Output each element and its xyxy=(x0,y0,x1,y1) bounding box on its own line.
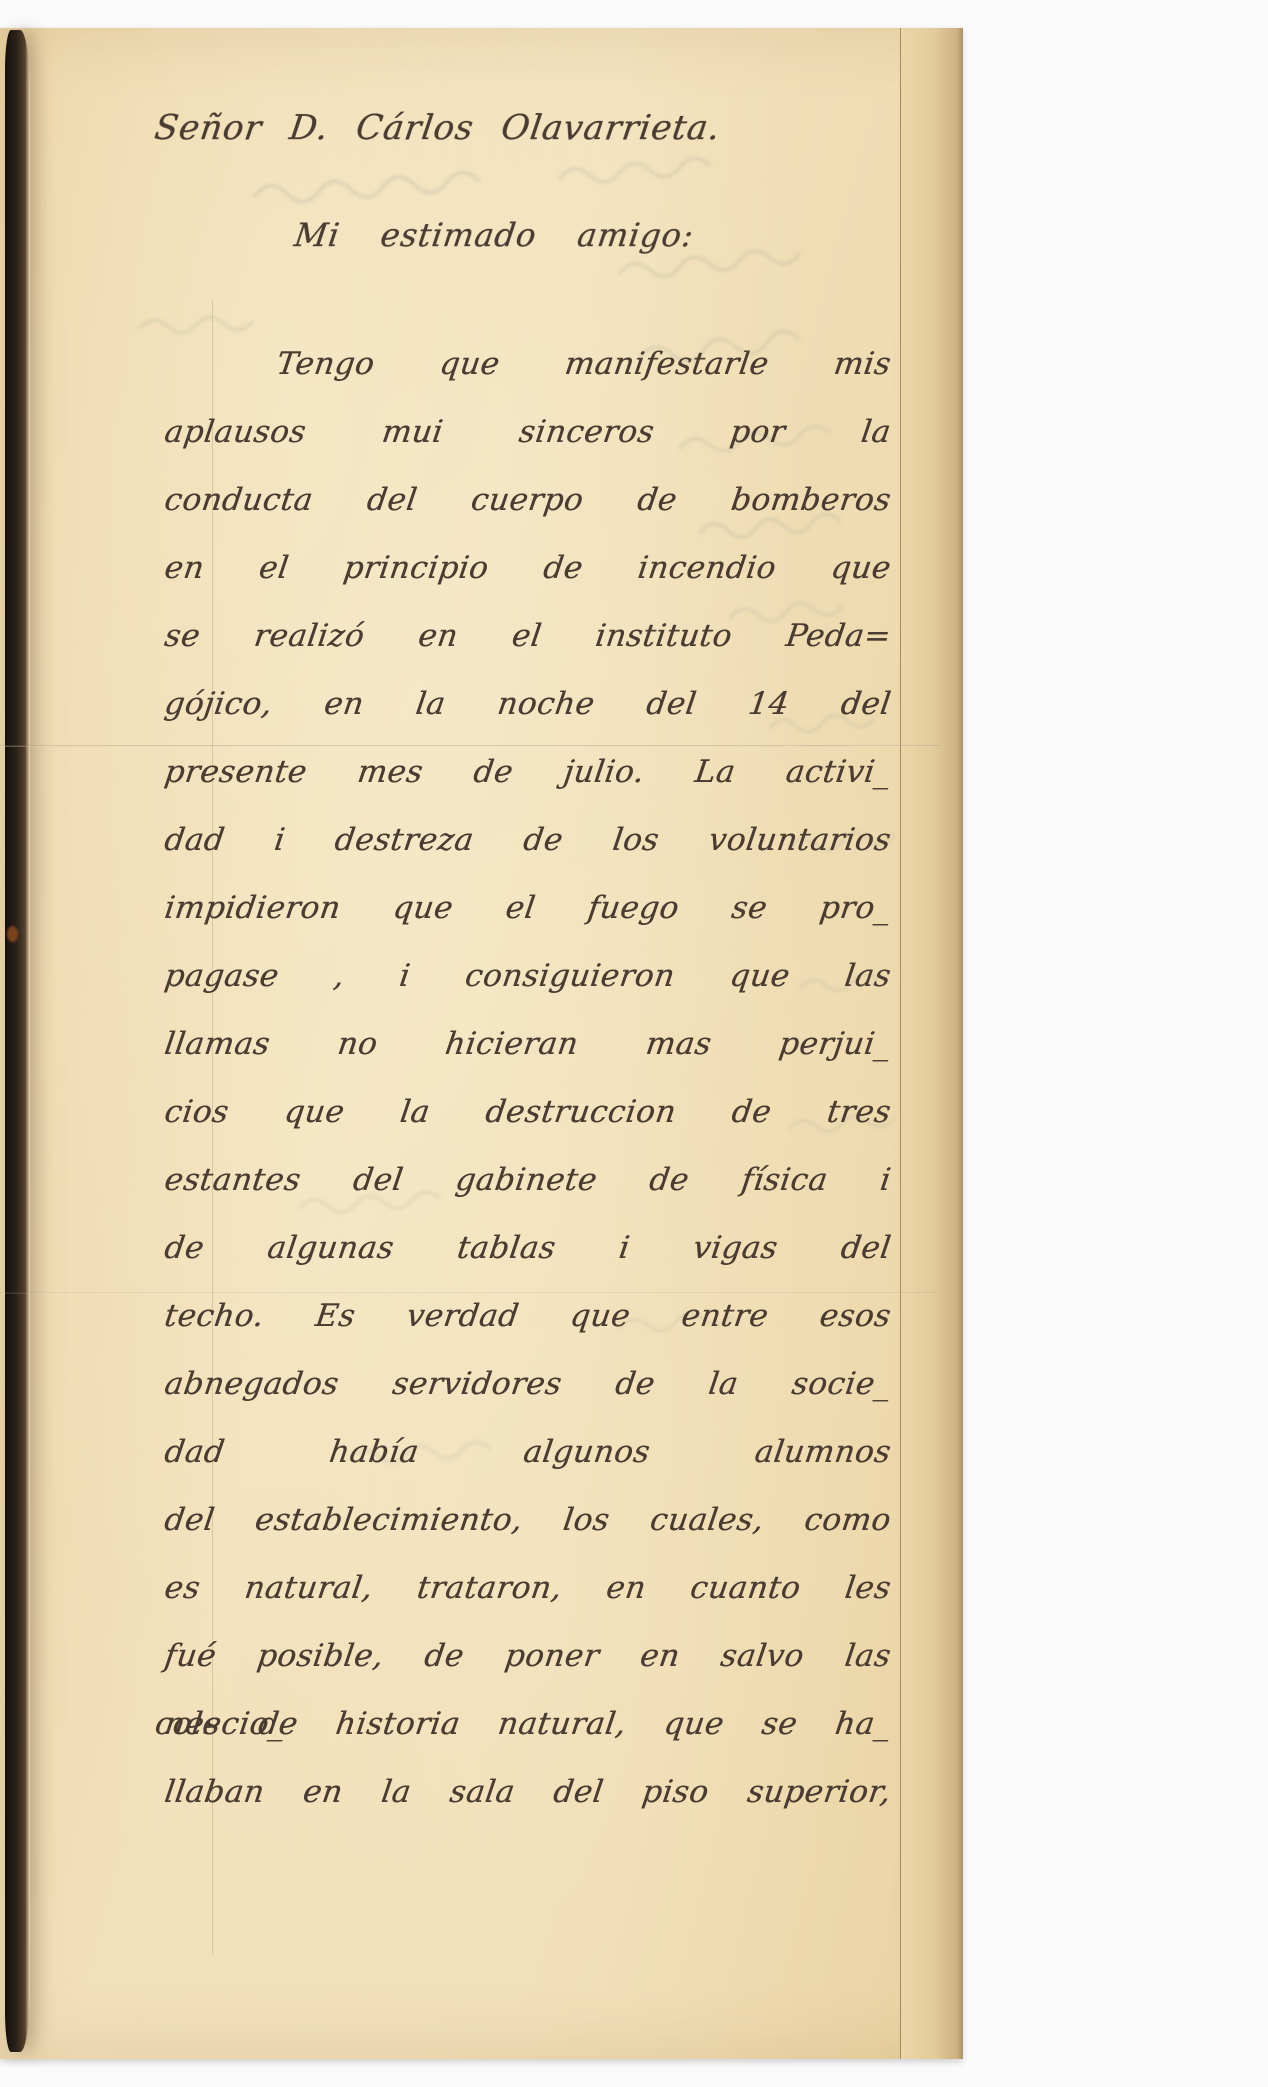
rust-stain xyxy=(7,926,18,942)
letter-line: pagase , i consiguieron que las xyxy=(160,942,896,1010)
letter-line: conducta del cuerpo de bomberos xyxy=(160,466,896,534)
letter-line: abnegados servidores de la socie_ xyxy=(160,1350,896,1418)
scanned-letter: Señor D. Cárlos Olavarrieta. Mi estimado… xyxy=(0,0,1268,2087)
letter-line: en el principio de incendio que xyxy=(160,534,896,602)
letter-line: llamas no hicieran mas perjui_ xyxy=(160,1010,896,1078)
addressee-line: Señor D. Cárlos Olavarrieta. xyxy=(152,108,723,148)
binding-edge xyxy=(5,30,30,2052)
letter-line: gójico, en la noche del 14 del xyxy=(160,670,896,738)
letter-line: dad había algunos alumnos xyxy=(160,1418,896,1486)
letter-line: fué posible, de poner en salvo las colec… xyxy=(160,1622,896,1690)
letter-body: Tengo que manifestarle mis aplausos mui … xyxy=(160,330,886,1826)
letter-line: dad i destreza de los voluntarios xyxy=(160,806,896,874)
letter-line: presente mes de julio. La activi_ xyxy=(160,738,896,806)
letter-line: estantes del gabinete de física i xyxy=(160,1146,896,1214)
letter-line: es natural, trataron, en cuanto les xyxy=(160,1554,896,1622)
letter-line: de algunas tablas i vigas del xyxy=(160,1214,896,1282)
salutation-line: Mi estimado amigo: xyxy=(292,216,696,254)
page-edge xyxy=(900,28,963,2059)
letter-line: cios que la destruccion de tres xyxy=(160,1078,896,1146)
letter-line: se realizó en el instituto Peda= xyxy=(160,602,896,670)
letter-line: aplausos mui sinceros por la xyxy=(160,398,896,466)
letter-line: nes de historia natural, que se ha_ xyxy=(160,1690,896,1758)
letter-line: techo. Es verdad que entre esos xyxy=(160,1282,896,1350)
letter-line: impidieron que el fuego se pro_ xyxy=(160,874,896,942)
letter-line: Tengo que manifestarle mis xyxy=(160,330,896,398)
letter-line: llaban en la sala del piso superior, xyxy=(160,1758,896,1826)
letter-line: del establecimiento, los cuales, como xyxy=(160,1486,896,1554)
